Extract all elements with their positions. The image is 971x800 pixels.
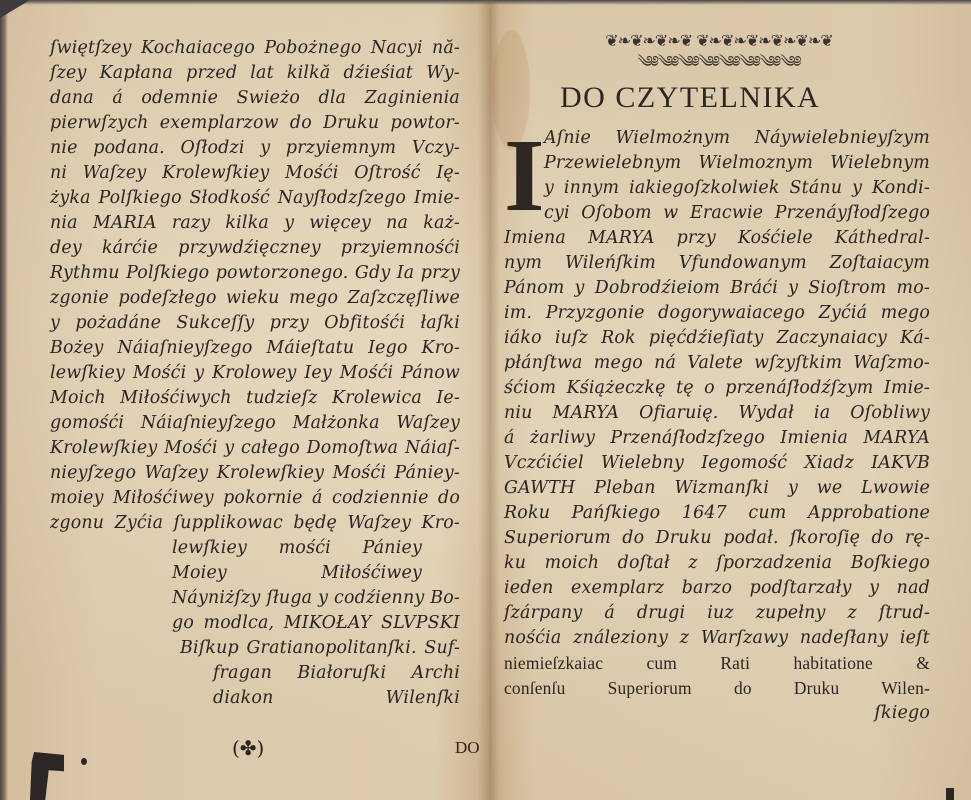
text-line: niu MARYA Ofiaruię. Wydał ia Oſobliwy [504,401,930,426]
text-line: nie podana. Oſłodzi y przyiemnym Vczy- [50,136,460,161]
text-line: Moich Miłośćiwych tudzieſz Krolewica Ie- [50,386,460,411]
right-page: ❦❧❦❧❦❧❦ ❦❧❦❧❦❧❦❧❦❧❦ ༄༅༄༅༄༅༄༅༄༅༄༅༄༅༄༅ DO … [504,32,930,726]
text-line: pierwſzych exemplarzow do Druku powtor- [50,111,460,136]
text-line: ku moich doſtał z ſporzadzenia Boſkiego [504,551,930,576]
text-line: Vczćićiel Wielebny Iegomość Xiadz IAKVB [504,451,930,476]
text-line: á żarliwy Przenáſłodzſzego Imienia MARYA [504,426,930,451]
text-line: moiey Miłośćiwey pokornie á codziennie d… [50,486,460,511]
ink-dot [81,758,87,765]
text-line: niemieſzkaiac cum Rati habitatione & [504,651,930,676]
text-line: cyi Oſobom w Eracwie Przenáyſłodſzego [504,201,930,226]
text-line: dey kárćie przywdźięczney przyiemnośći [50,236,460,261]
signature-line: Biſkup Gratianopolitanſki. Suf- [50,636,460,661]
text-line: Pánom y Dobrodźieiom Bráći y Sioſtrom mo… [504,276,930,301]
text-line: ieden exemplarz barzo podſtarzały y nad [504,576,930,601]
headpiece-ornament: ❦❧❦❧❦❧❦ ❦❧❦❧❦❧❦❧❦❧❦ ༄༅༄༅༄༅༄༅༄༅༄༅༄༅༄༅ [584,32,854,72]
text-line: Aſnie Wielmożnym Náywielebnieyſzym [504,126,930,151]
text-line: lewſkiey Mośći y Krolowey Iey Mośći Páno… [50,361,460,386]
text-line: Krolewſkiey Mośći y całego Domoſtwa Náia… [50,436,460,461]
text-line: Roku Pańſkiego 1647 cum Approbatione [504,501,930,526]
signature-line: diakon Wilenſki [50,686,460,711]
signature-line: lewſkiey mośći Pániey [50,536,422,561]
ink-blot [30,752,64,800]
book-spread: ſwiętſzey Kochaiacego Pobożnego Nacyi nă… [0,0,971,800]
text-line: im. Przyzgonie dogorywaiacego Zyćiá mego [504,301,930,326]
text-line: ni Waſzey Krolewſkiey Mośći Oſtrość Ię- [50,161,460,186]
text-line: nia MARIA razy kilka y więcey na każ- [50,211,460,236]
text-line: ſkiego [504,701,930,726]
ink-mark [946,788,954,800]
text-line: nym Wileńſkim Vfundowanym Zoſtaiacym [504,251,930,276]
text-line: ſwiętſzey Kochaiacego Pobożnego Nacyi nă… [50,36,460,61]
text-line: ſzey Kapłana przed lat kilkă dźieśiat Wy… [50,61,460,86]
text-line: płánſtwa mego ná Valete wſzyſtkim Waſzmo… [504,351,930,376]
page-heading: DO CZYTELNIKA [560,80,930,116]
ornament-row: ❦❧❦❧❦❧❦ ❦❧❦❧❦❧❦❧❦❧❦ [584,32,854,50]
text-line: nieyſzego Waſzey Krolewſkiey Mośći Pánie… [50,461,460,486]
text-line: nośćia ználeziony z Warſzawy nadeſłany i… [504,626,930,651]
page-left-edge [0,0,8,800]
signature-line: fragan Białoruſki Archi [50,661,460,686]
text-line: Imiena MARYA przy Kośćiele Káthedral- [504,226,930,251]
page-corner [0,0,30,18]
ornament-row: ༄༅༄༅༄༅༄༅༄༅༄༅༄༅༄༅ [584,53,854,71]
text-line: Superiorum do Druku podał. ſkoroſię do r… [504,526,930,551]
reader-address-text: I Aſnie Wielmożnym Náywielebnieyſzym Prz… [504,126,930,726]
text-line: zgonu Zyćia ſupplikowac będę Waſzey Kro- [50,511,460,536]
text-line: ſzárpany á drugi iuz zupełny z ſtrud- [504,601,930,626]
signature-line: go modlca, MIKOŁAY SLVPSKI [50,611,460,636]
signature-line: Moiey Miłośćiwey [50,561,422,586]
left-page: ſwiętſzey Kochaiacego Pobożnego Nacyi nă… [50,36,460,711]
fleuron-ornament: (✤) [232,736,264,760]
catchword: DO [455,738,480,758]
text-line: śćiom Kśiążeczkę tę o przenáſłodźſzym Im… [504,376,930,401]
signature-block: lewſkiey mośći Pániey Moiey Miłośćiwey N… [50,536,460,711]
text-line: y innym iakiegoſzkolwiek Stánu y Kondi- [504,176,930,201]
text-line: zgonie podeſzłego wieku mego Zaſzczęſliw… [50,286,460,311]
text-line: conſenſu Superiorum do Druku Wilen- [504,676,930,701]
drop-cap: I [504,132,536,220]
text-line: iáko iuſz Rok pięćdźieſiaty Zaczynaiacy … [504,326,930,351]
text-line: gomośći Náiaſnieyſzego Małżonka Waſzey [50,411,460,436]
dedication-text: ſwiętſzey Kochaiacego Pobożnego Nacyi nă… [50,36,460,536]
text-line: GAWTH Pleban Wizmanſki y we Lwowie [504,476,930,501]
text-line: y pożadáne Sukceſſy przy Obfitośći łaſki [50,311,460,336]
signature-line: Náyniżſzy ſługa y codźienny Bo- [50,586,460,611]
text-line: Rythmu Polſkiego powtorzonego. Gdy Ia pr… [50,261,460,286]
text-line: żyka Polſkiego Słodkość Nayſłodzſzego Im… [50,186,460,211]
text-line: Bożey Náiaſnieyſzego Máieſtatu Iego Kro- [50,336,460,361]
text-line: dana á odemnie Swieżo dla Zaginienia [50,86,460,111]
text-line: Przewielebnym Wielmoznym Wielebnym [504,151,930,176]
